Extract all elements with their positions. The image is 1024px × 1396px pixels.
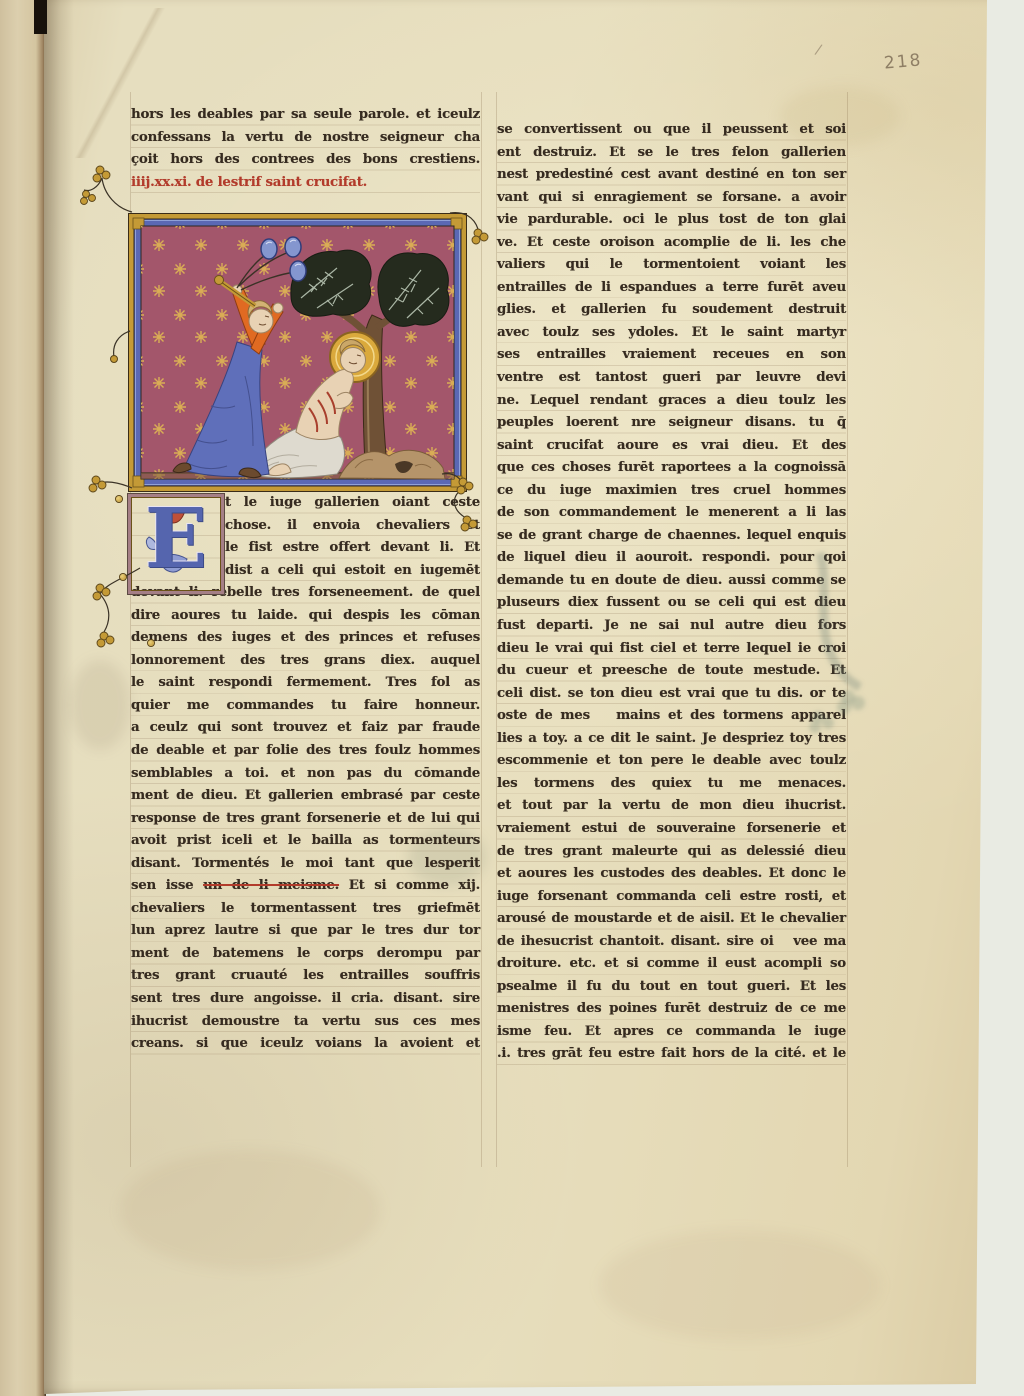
text-line: ne. Lequel rendant graces a dieu toulz l… bbox=[497, 392, 846, 415]
text-line: peuples loerent nre seigneur disans. tu … bbox=[497, 414, 846, 437]
text-line: vie pardurable. oci le plus tost de ton … bbox=[497, 211, 846, 234]
text-line: creans. si que iceulz voians la avoient … bbox=[131, 1035, 480, 1058]
text-line: isme feu. Et apres ce commanda le iuge bbox=[497, 1023, 846, 1046]
text-line: ment de batemens le corps derompu par bbox=[131, 945, 480, 968]
text-line: iuge forsenant commanda celi estre rosti… bbox=[497, 888, 846, 911]
ivy-leaf-flourish bbox=[448, 205, 492, 261]
text-line: et tout par la vertu de mon dieu ihucris… bbox=[497, 797, 846, 820]
text-line: sen isse un de li meisme. Et si comme xi… bbox=[131, 877, 480, 900]
text-line: vant qui si enragiement se forsane. a av… bbox=[497, 189, 846, 212]
text-line: chevaliers le tormentassent tres griefmē… bbox=[131, 900, 480, 923]
text-line: a ceulz qui sont trouvez et faiz par fra… bbox=[131, 719, 480, 742]
text-line: glies. et gallerien fu soudement destrui… bbox=[497, 301, 846, 324]
text-line: nest predestiné cest avant destiné en to… bbox=[497, 166, 846, 189]
text-line: tres grant cruauté les entrailles souffr… bbox=[131, 967, 480, 990]
ivy-leaf-flourish bbox=[78, 150, 136, 240]
text-line: vraiement estui de souveraine forsenerie… bbox=[497, 820, 846, 843]
bleedthrough-ghost bbox=[790, 545, 900, 775]
text-line: çoit hors des contrees des bons crestien… bbox=[131, 151, 480, 174]
text-line: semblables a toi. et non pas du cōmande bbox=[131, 765, 480, 788]
text-line: sent tres dure angoisse. il cria. disant… bbox=[131, 990, 480, 1013]
text-line: que ces choses furēt raportees a la cogn… bbox=[497, 459, 846, 482]
text-line: entrailles de li espandues a terre furēt… bbox=[497, 279, 846, 302]
parchment-page: 218 / hors les deables par sa seule paro… bbox=[0, 0, 1024, 1396]
previous-page-edge bbox=[0, 0, 46, 1396]
parchment-stain bbox=[120, 1150, 380, 1270]
text-line: hors les deables par sa seule parole. et… bbox=[131, 106, 480, 129]
text-line: et aoures les custodes des deables. Et d… bbox=[497, 865, 846, 888]
text-line: ment de dieu. Et gallerien embrasé par c… bbox=[131, 787, 480, 810]
text-line: les tormens des quiex tu me menaces. bbox=[497, 775, 846, 798]
ivy-leaf-flourish bbox=[440, 462, 486, 552]
text-line: confessans la vertu de nostre seigneur c… bbox=[131, 129, 480, 152]
text-line: avoit prist iceli et le bailla as tormen… bbox=[131, 832, 480, 855]
binding-strip bbox=[34, 0, 47, 34]
ivy-leaf-flourish bbox=[86, 462, 136, 522]
text-line: ventre est tantost gueri par leuvre devi bbox=[497, 369, 846, 392]
gold-dot bbox=[148, 640, 154, 646]
text-line: ses entrailles vraiement receues en son bbox=[497, 346, 846, 369]
left-column-opening: hors les deables par sa seule parole. et… bbox=[131, 106, 480, 196]
text-line: de deable et par folie des tres foulz ho… bbox=[131, 742, 480, 765]
text-line: droiture. etc. et si comme il eust acomp… bbox=[497, 955, 846, 978]
parchment-stain bbox=[600, 1230, 880, 1340]
text-line: .i. tres grāt feu estre fait hors de la … bbox=[497, 1045, 846, 1068]
text-segment: un de li meisme. bbox=[203, 877, 339, 893]
text-line: de ihesucrist chantoit. disant. sire oi … bbox=[497, 933, 846, 956]
text-line: avec toulz ses ydoles. Et le saint marty… bbox=[497, 324, 846, 347]
text-segment: Et si comme xij. bbox=[339, 877, 480, 893]
initial-letter: E bbox=[131, 491, 221, 587]
text-line: de son commandement le menerent a li las bbox=[497, 504, 846, 527]
ivy-leaf-flourish bbox=[84, 560, 144, 670]
text-line: lun aprez lautre si que par le tres dur … bbox=[131, 922, 480, 945]
text-line: menistres des poines furēt destruiz de c… bbox=[497, 1000, 846, 1023]
text-line: saint crucifat aoure es vrai dieu. Et de… bbox=[497, 437, 846, 460]
text-line: disant. Tormentés le moi tant que lesper… bbox=[131, 855, 480, 878]
folio-number: 218 bbox=[883, 50, 923, 73]
manuscript-photo: 218 / hors les deables par sa seule paro… bbox=[0, 0, 1024, 1396]
text-line: valiers qui le tormentoient voiant les bbox=[497, 256, 846, 279]
text-line: ve. Et ceste oroison acomplie de li. les… bbox=[497, 234, 846, 257]
text-line: response de tres grant forsenerie et de … bbox=[131, 810, 480, 833]
ivy-leaf-flourish bbox=[104, 325, 134, 365]
text-line: se convertissent ou que il peussent et s… bbox=[497, 121, 846, 144]
text-line: ent destruiz. Et se le tres felon galler… bbox=[497, 144, 846, 167]
text-line: ce du iuge maximien tres cruel hommes bbox=[497, 482, 846, 505]
gold-dot bbox=[120, 574, 126, 580]
miniature-martyrdom-scene bbox=[128, 213, 467, 492]
text-line: lonnorement des tres grans diex. auquel bbox=[131, 652, 480, 675]
gold-dot bbox=[116, 496, 122, 502]
text-line: le saint respondi fermement. Tres fol as bbox=[131, 674, 480, 697]
parchment-stain bbox=[70, 660, 130, 750]
text-line: dire aoures tu laide. qui despis les cōm… bbox=[131, 607, 480, 630]
text-line: de tres grant maleurte qui as delessié d… bbox=[497, 843, 846, 866]
text-segment: sen isse bbox=[131, 877, 203, 893]
text-line: quier me commandes tu faire honneur. bbox=[131, 697, 480, 720]
text-line: iiij.xx.xi. de lestrif saint crucifat. bbox=[131, 174, 480, 197]
stray-ink-mark: / bbox=[814, 42, 823, 59]
text-line: arousé de moustarde et de aisil. Et le c… bbox=[497, 910, 846, 933]
text-line: ihucrist demoustre ta vertu sus ces mes bbox=[131, 1013, 480, 1036]
text-line: demens des iuges et des princes et refus… bbox=[131, 629, 480, 652]
text-line: psealme il fu du tout en tout gueri. Et … bbox=[497, 978, 846, 1001]
